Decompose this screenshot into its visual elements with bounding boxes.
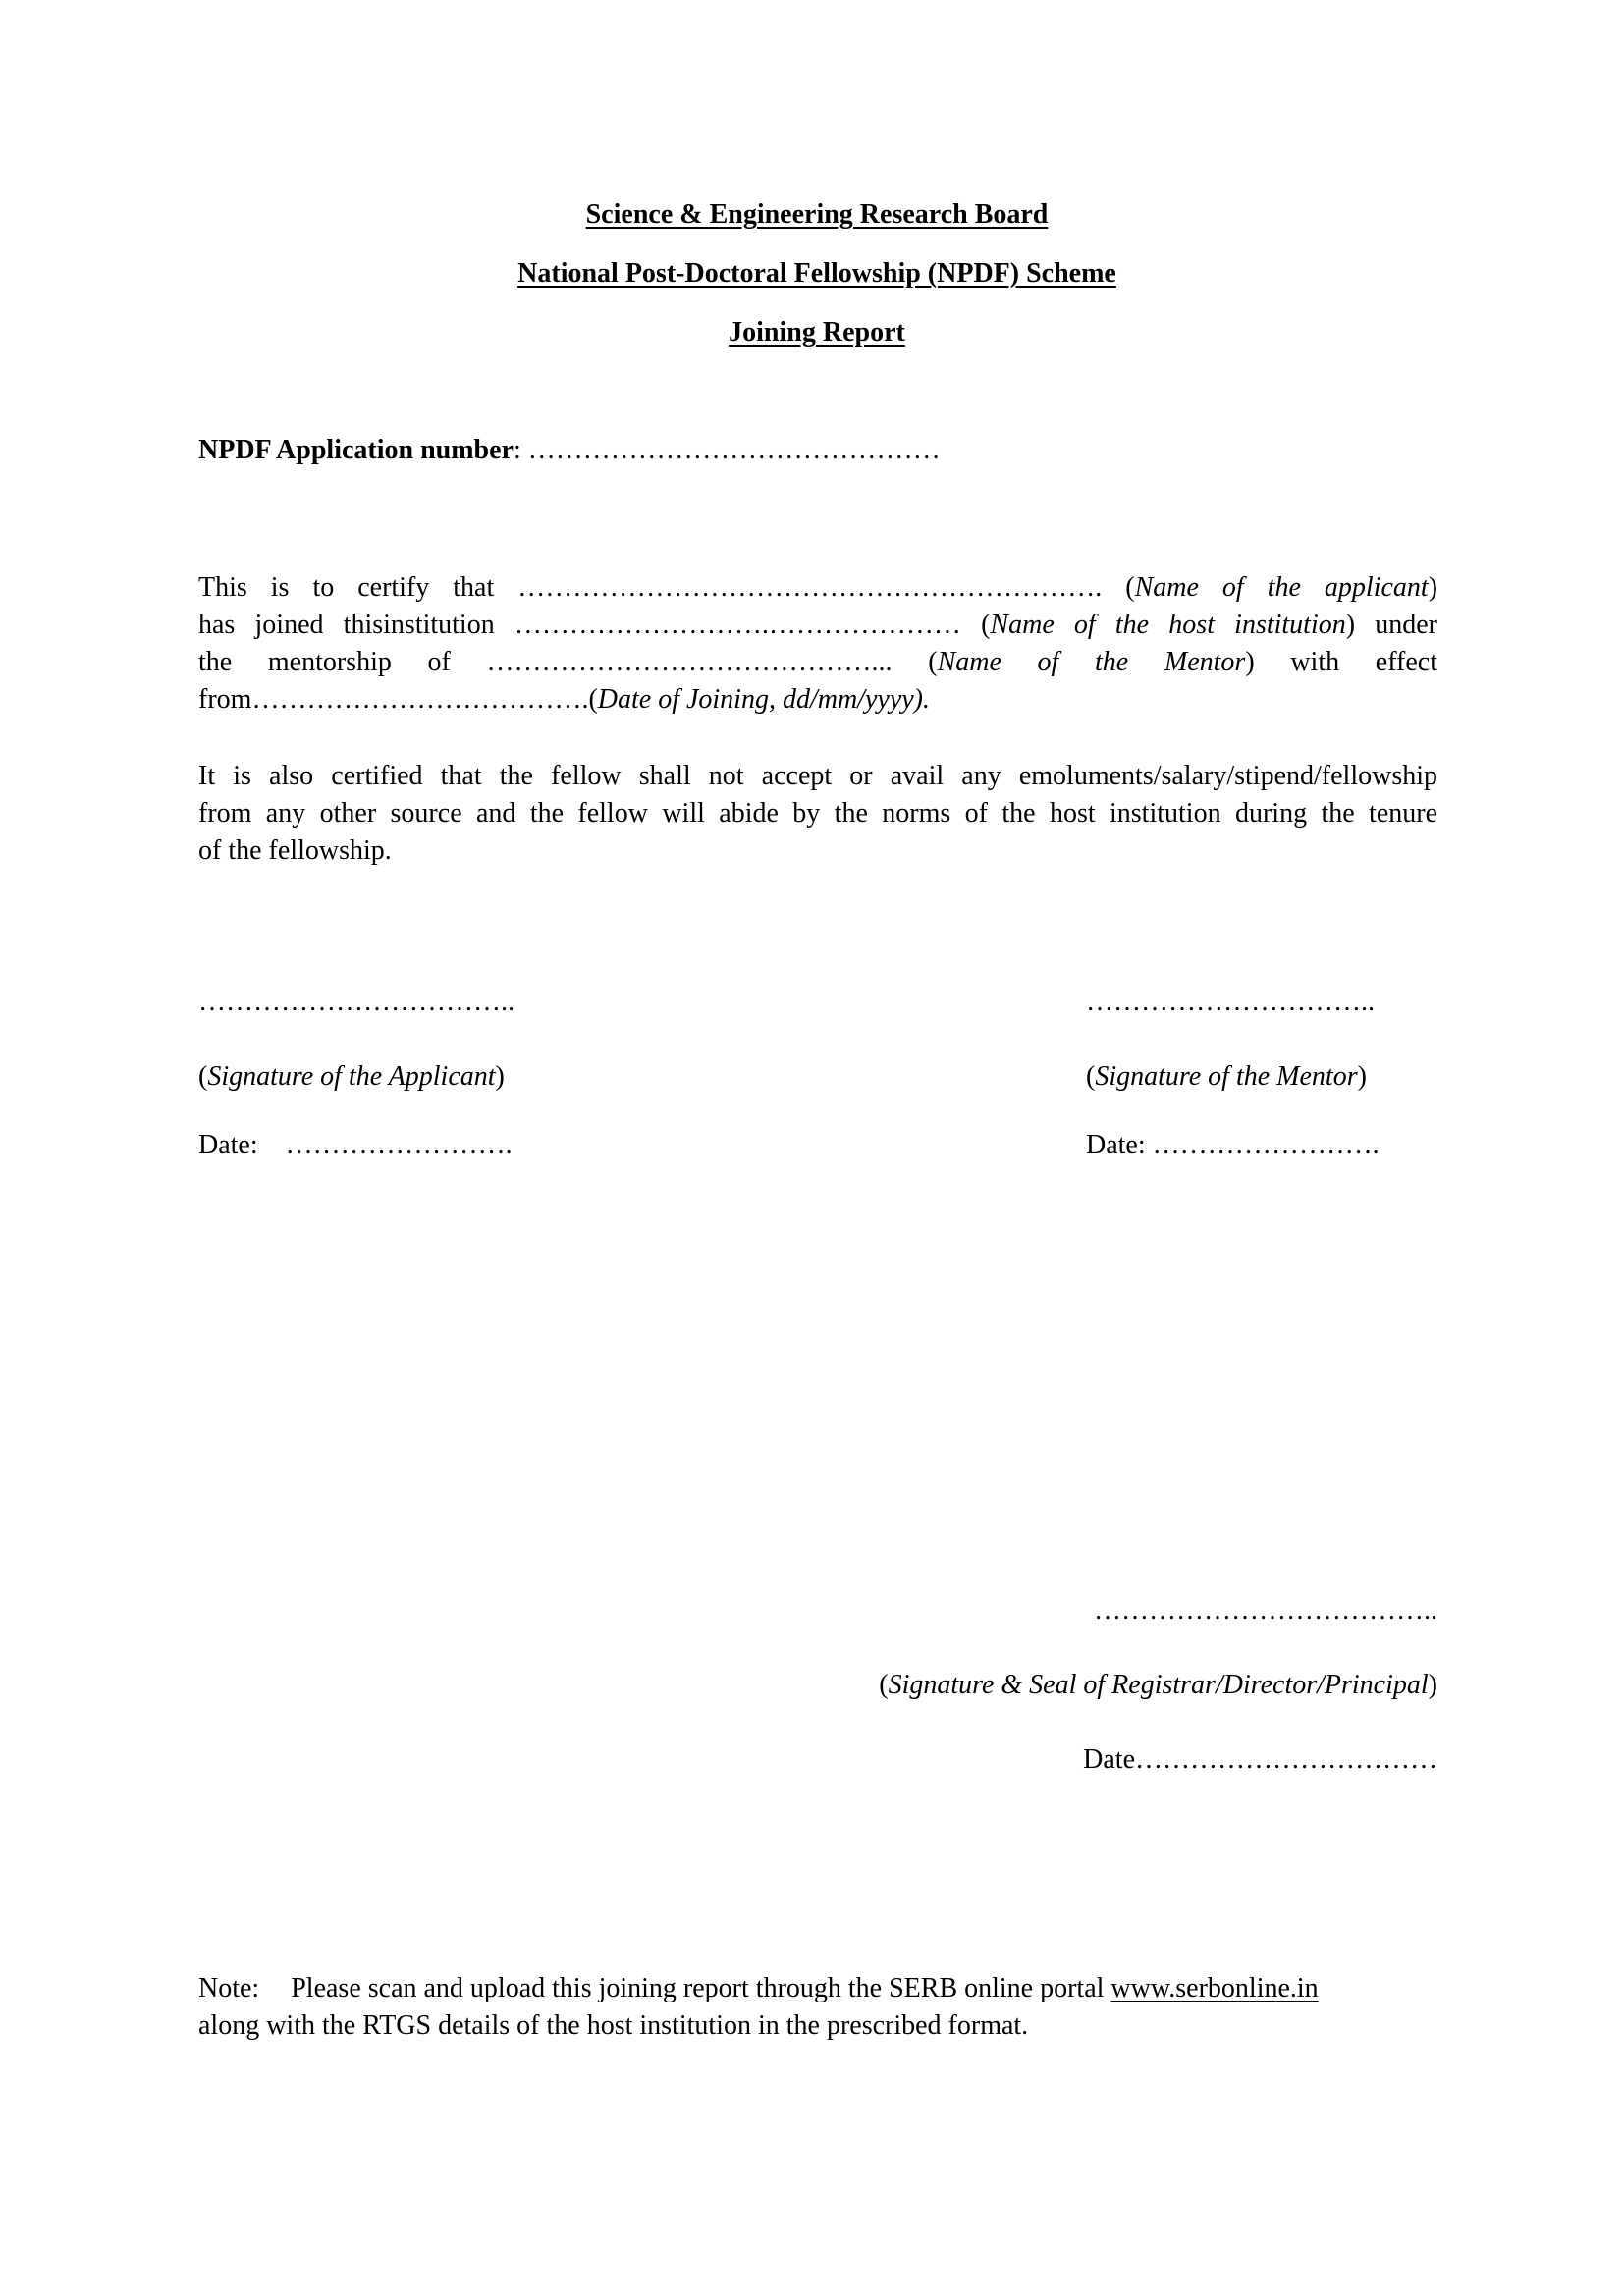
mentor-signature-block: ………………………….. (Signature of the Mentor) D… xyxy=(1086,987,1380,1161)
note-label: Note: xyxy=(198,1973,259,2003)
host-institution-field[interactable]: ……………………….………………… xyxy=(514,610,961,640)
paren-open: ( xyxy=(1086,1061,1095,1092)
joining-date-field[interactable]: ………………………………. xyxy=(251,684,588,715)
organization-heading: Science & Engineering Research Board xyxy=(0,199,1624,231)
application-number-field[interactable]: ……………………………………… xyxy=(528,435,941,465)
certificate-line-date: from……………………………….(Date of Joining, dd/mm… xyxy=(198,681,1437,719)
declaration-line: of the fellowship. xyxy=(198,832,1437,870)
registrar-signature-label: Signature & Seal of Registrar/Director/P… xyxy=(889,1670,1429,1700)
applicant-name-field[interactable]: ………………………………………………………. xyxy=(517,572,1102,603)
mentor-date-row: Date: ……………………. xyxy=(1086,1130,1380,1161)
mentor-name-hint: Name of the Mentor xyxy=(938,647,1246,677)
serb-portal-link[interactable]: www.serbonline.in xyxy=(1110,1973,1318,2003)
certify-prefix: This is to certify that xyxy=(198,572,517,603)
applicant-date-label: Date: xyxy=(198,1130,258,1160)
mentor-date-label: Date: xyxy=(1086,1130,1153,1160)
declaration-paragraph: It is also certified that the fellow sha… xyxy=(198,758,1437,870)
paren-open: ( xyxy=(879,1670,888,1700)
paren-open: ( xyxy=(1125,572,1134,603)
application-number-separator: : xyxy=(514,435,528,465)
paren-close: ) xyxy=(1358,1061,1367,1092)
paren-close: ) xyxy=(1429,572,1437,603)
declaration-line: It is also certified that the fellow sha… xyxy=(198,758,1437,795)
spacer xyxy=(258,1130,286,1160)
registrar-signature-dots[interactable]: ……………………………….. xyxy=(1094,1595,1437,1626)
applicant-date-field[interactable]: ……………………. xyxy=(286,1130,513,1160)
mentor-signature-caption: (Signature of the Mentor) xyxy=(1086,1061,1380,1093)
registrar-signature-caption: (Signature & Seal of Registrar/Director/… xyxy=(879,1670,1437,1701)
mentor-signature-line[interactable]: ………………………….. xyxy=(1086,987,1380,1024)
application-number-row: NPDF Application number: ……………………………………… xyxy=(198,435,941,466)
joining-date-hint: Date of Joining, dd/mm/yyyy). xyxy=(598,684,930,715)
applicant-signature-label: Signature of the Applicant xyxy=(207,1061,495,1092)
scheme-heading: National Post-Doctoral Fellowship (NPDF)… xyxy=(0,258,1624,290)
declaration-line: from any other source and the fellow wil… xyxy=(198,795,1437,832)
host-institution-hint: Name of the host institution xyxy=(990,610,1345,640)
date-prefix: from xyxy=(198,684,251,715)
mentor-date-field[interactable]: ……………………. xyxy=(1153,1130,1380,1160)
note-line-1: Note:Please scan and upload this joining… xyxy=(198,1970,1437,2007)
applicant-date-row: Date: ……………………. xyxy=(198,1130,514,1161)
mentor-name-field[interactable]: ……………………………………... xyxy=(487,647,893,677)
registrar-date-label: Date xyxy=(1083,1744,1135,1775)
note-text-1: Please scan and upload this joining repo… xyxy=(291,1973,1110,2003)
paren-close: ) xyxy=(496,1061,505,1092)
certificate-line-institution: has joined thisinstitution ……………………….………… xyxy=(198,607,1437,644)
certificate-line-mentor: the mentorship of ……………………………………... (Nam… xyxy=(198,644,1437,681)
applicant-signature-caption: (Signature of the Applicant) xyxy=(198,1061,514,1093)
registrar-signature-line[interactable]: ……………………………….. xyxy=(1094,1595,1437,1627)
paren-open: ( xyxy=(198,1061,207,1092)
applicant-name-hint: Name of the applicant xyxy=(1135,572,1429,603)
registrar-date-row: Date…………………………… xyxy=(1083,1744,1437,1776)
certificate-paragraph: This is to certify that …………………………………………… xyxy=(198,569,1437,719)
institution-prefix: has joined thisinstitution xyxy=(198,610,514,640)
institution-suffix: ) under xyxy=(1346,610,1437,640)
mentor-signature-label: Signature of the Mentor xyxy=(1095,1061,1357,1092)
application-number-label: NPDF Application number xyxy=(198,435,514,465)
applicant-signature-line[interactable]: …………………………….. xyxy=(198,987,514,1024)
paren-close: ) xyxy=(1429,1670,1437,1700)
report-title: Joining Report xyxy=(0,317,1624,348)
registrar-date-field[interactable]: …………………………… xyxy=(1135,1744,1437,1775)
mentor-suffix: ) with effect xyxy=(1245,647,1437,677)
paren-open: ( xyxy=(588,684,597,715)
mentor-prefix: the mentorship of xyxy=(198,647,487,677)
certificate-line-applicant: This is to certify that …………………………………………… xyxy=(198,569,1437,607)
paren-open: ( xyxy=(928,647,937,677)
note-line-2: along with the RTGS details of the host … xyxy=(198,2007,1437,2045)
note-block: Note:Please scan and upload this joining… xyxy=(198,1970,1437,2045)
applicant-signature-block: …………………………….. (Signature of the Applican… xyxy=(198,987,514,1161)
